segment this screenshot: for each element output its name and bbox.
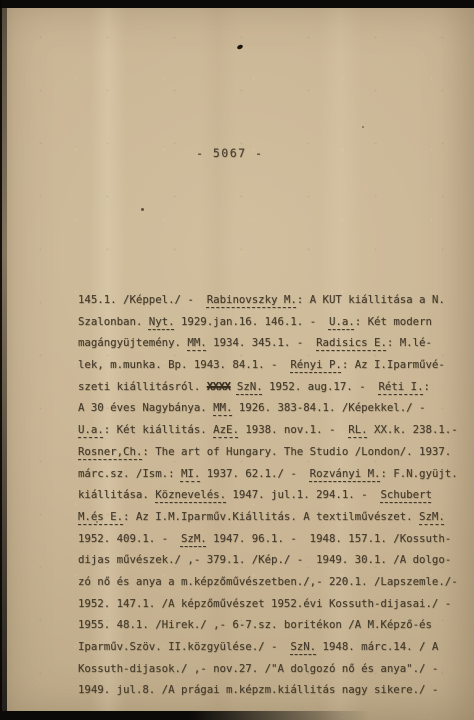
underlined-term: Schubert — [380, 488, 431, 501]
underlined-term: RL. — [348, 423, 367, 436]
paper-speck — [362, 126, 364, 128]
text-segment: 1952. 147.1. /A képzőművészet 1952.évi K… — [78, 597, 451, 610]
text-segment: : F.N.gyüjt. — [380, 467, 457, 480]
text-segment: : Két modern — [355, 315, 432, 328]
text-segment: : Két kiállitás. — [104, 423, 213, 436]
text-line: magángyüjtemény. MM. 1934. 345.1. - Radi… — [78, 332, 470, 354]
underlined-term: U.a. — [329, 315, 355, 328]
text-segment: 1949. jul.8. /A prágai m.képzm.kiállitás… — [78, 683, 438, 696]
text-segment: 1947. 96.1. - 1948. 157.1. /Kossuth- — [207, 532, 452, 545]
text-segment: Kossuth-dijasok./ ,- nov.27. /"A dolgozó… — [78, 662, 438, 675]
underlined-term: U.a. — [78, 423, 104, 436]
text-segment: magángyüjtemény. — [78, 336, 187, 349]
page-number: - 5067 - — [196, 146, 263, 160]
underlined-term: MI. — [181, 467, 200, 480]
text-line: 1952. 409.1. - SzM. 1947. 96.1. - 1948. … — [78, 528, 470, 550]
text-segment: lek, m.munka. Bp. 1943. 84.1. - — [78, 358, 290, 371]
underlined-term: Rabinovszky M. — [207, 293, 297, 306]
text-line: lek, m.munka. Bp. 1943. 84.1. - Rényi P.… — [78, 354, 470, 376]
typewritten-text: 145.1. /Képpel./ - Rabinovszky M.: A KUT… — [78, 289, 470, 701]
text-segment: : M.lé- — [387, 336, 432, 349]
text-segment: : The art of Hungary. The Studio /London… — [142, 445, 451, 458]
text-segment: : Az I.Iparművé- — [342, 358, 445, 371]
text-line: 1949. jul.8. /A prágai m.képzm.kiállitás… — [78, 679, 470, 701]
underlined-term: SzM. — [181, 532, 207, 545]
underlined-term: AzE. — [213, 423, 239, 436]
text-segment: dijas művészek./ ,- 379.1. /Kép./ - 1949… — [78, 553, 451, 566]
text-line: Kossuth-dijasok./ ,- nov.27. /"A dolgozó… — [78, 658, 470, 680]
underlined-term: Köznevelés. — [155, 488, 226, 501]
text-line: márc.sz. /Ism.: MI. 1937. 62.1./ - Rozvá… — [78, 463, 470, 485]
text-segment: : — [424, 380, 430, 393]
text-segment: 1952. 409.1. - — [78, 532, 181, 545]
text-segment: szeti kiállitásról. — [78, 380, 207, 393]
text-line: 1952. 147.1. /A képzőművészet 1952.évi K… — [78, 593, 470, 615]
struck-out-text: XXXX — [207, 380, 231, 393]
text-line: kiállitása. Köznevelés. 1947. jul.1. 294… — [78, 484, 470, 506]
text-segment: 145.1. /Képpel./ - — [78, 293, 207, 306]
underlined-term: SzM. — [419, 510, 445, 523]
text-segment: Iparműv.Szöv. II.közgyülése./ - — [78, 640, 290, 653]
underlined-term: Rozványi M. — [310, 467, 381, 480]
text-segment: 1955. 48.1. /Hirek./ ,- 6-7.sz. boritéko… — [78, 618, 432, 631]
underlined-term: Rényi P. — [290, 358, 341, 371]
underlined-term: Rosner,Ch. — [78, 445, 142, 458]
underlined-term: SzN. — [237, 380, 263, 393]
text-line: A 30 éves Nagybánya. MM. 1926. 383-84.1.… — [78, 397, 470, 419]
text-segment: : A KUT kiállitása a N. — [297, 293, 445, 306]
text-segment: 1926. 383-84.1. /Képekkel./ - — [232, 401, 425, 414]
text-segment: 1929.jan.16. 146.1. - — [175, 315, 329, 328]
scan-edge-bottom — [0, 711, 474, 720]
underlined-term: MM. — [213, 401, 232, 414]
underlined-term: Radisics E. — [316, 336, 387, 349]
text-segment: 1934. 345.1. - — [207, 336, 316, 349]
text-line: M.és E.: Az I.M.Iparműv.Kiállitás. A tex… — [78, 506, 470, 528]
underlined-term: Nyt. — [149, 315, 175, 328]
underlined-term: M.és E. — [78, 510, 123, 523]
text-line: zó nő és anya a m.képzőművészetben./,- 2… — [78, 571, 470, 593]
text-segment: A 30 éves Nagybánya. — [78, 401, 213, 414]
text-segment: 1937. 62.1./ - — [200, 467, 309, 480]
text-segment: 1938. nov.1. - — [239, 423, 348, 436]
underlined-term: MM. — [187, 336, 206, 349]
text-line: 1955. 48.1. /Hirek./ ,- 6-7.sz. boritéko… — [78, 614, 470, 636]
text-segment: 1947. jul.1. 294.1. - — [226, 488, 380, 501]
text-segment: 1952. aug.17. - — [263, 380, 379, 393]
text-segment: Szalonban. — [78, 315, 149, 328]
text-line: szeti kiállitásról. XXXX SzN. 1952. aug.… — [78, 376, 470, 398]
text-segment: XX.k. 238.1.- — [368, 423, 458, 436]
text-segment: 1948. márc.14. / A — [316, 640, 438, 653]
text-line: 145.1. /Képpel./ - Rabinovszky M.: A KUT… — [78, 289, 470, 311]
text-segment: kiállitása. — [78, 488, 155, 501]
text-line: Rosner,Ch.: The art of Hungary. The Stud… — [78, 441, 470, 463]
text-line: Szalonban. Nyt. 1929.jan.16. 146.1. - U.… — [78, 311, 470, 333]
text-line: Iparműv.Szöv. II.közgyülése./ - SzN. 194… — [78, 636, 470, 658]
underlined-term: SzN. — [290, 640, 316, 653]
underlined-term: Réti I. — [378, 380, 423, 393]
text-segment: márc.sz. /Ism.: — [78, 467, 181, 480]
text-segment: zó nő és anya a m.képzőművészetben./,- 2… — [78, 575, 458, 588]
text-segment: : Az I.M.Iparműv.Kiállitás. A textilművé… — [123, 510, 419, 523]
scan-edge-top — [0, 0, 474, 8]
scan-edge-left-core — [0, 0, 2, 720]
text-line: U.a.: Két kiállitás. AzE. 1938. nov.1. -… — [78, 419, 470, 441]
paper-speck — [141, 208, 144, 211]
text-line: dijas művészek./ ,- 379.1. /Kép./ - 1949… — [78, 549, 470, 571]
